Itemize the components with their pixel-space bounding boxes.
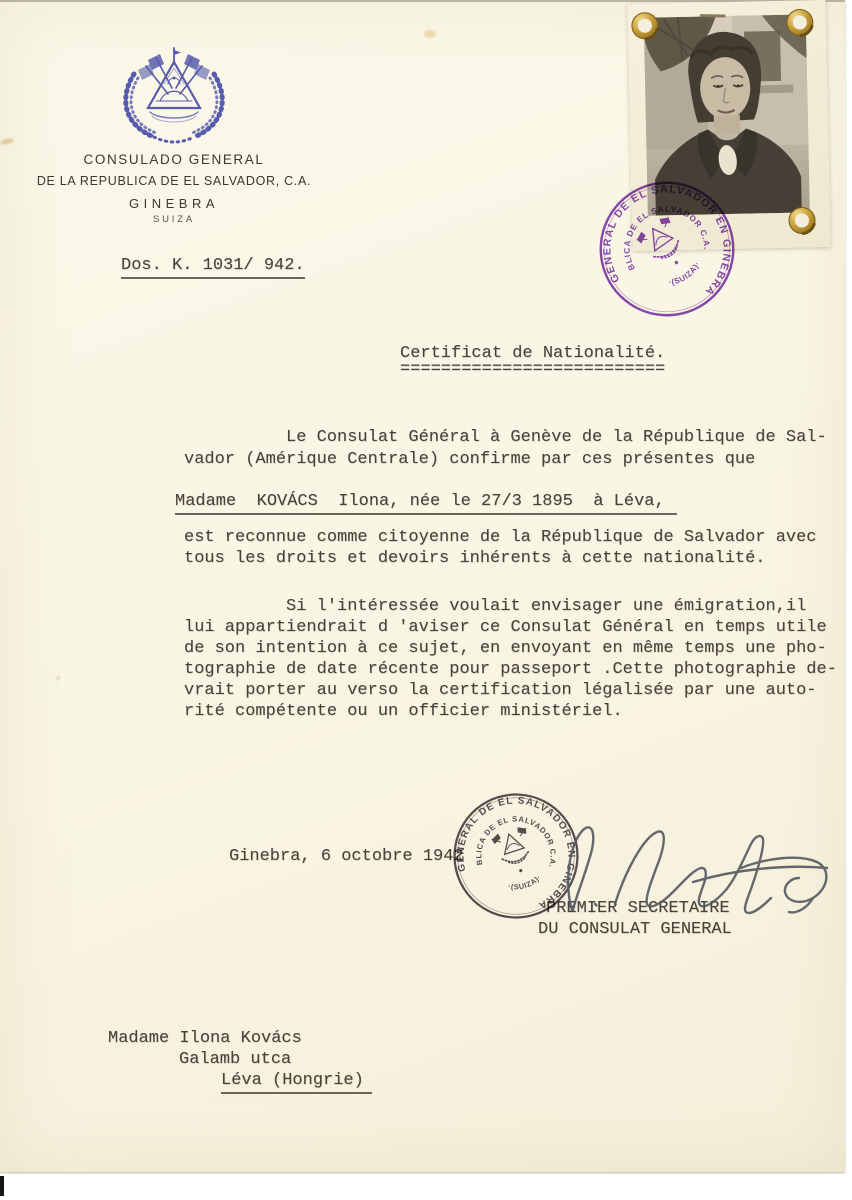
coat-of-arms-icon <box>118 44 230 144</box>
svg-text:·(SUIZA)·: ·(SUIZA)· <box>505 871 545 895</box>
para3-line1: Si l'intéressée voulait envisager une ém… <box>286 597 806 617</box>
para3-line3: de son intention à ce sujet, en envoyant… <box>184 639 827 659</box>
paper-stain <box>424 30 436 38</box>
para3-line6: rité compétente ou un officier ministéri… <box>184 702 623 722</box>
address-line2: Galamb utca <box>179 1050 291 1070</box>
letterhead-country: SUIZA <box>28 214 320 225</box>
paper-stain <box>56 676 60 680</box>
title-underline: ========================== <box>400 360 665 380</box>
para1-line1: Le Consulat Général à Genève de la Répub… <box>286 428 827 448</box>
para1-line2: vador (Amérique Centrale) confirme par c… <box>184 450 755 470</box>
signature <box>545 806 837 924</box>
paper-stain <box>0 137 14 145</box>
para3-line2: lui appartiendrait d 'aviser ce Consulat… <box>184 618 827 638</box>
address-line3: Léva (Hongrie) <box>221 1071 372 1094</box>
scan-artifact <box>0 1176 4 1196</box>
para2-line2: tous les droits et devoirs inhérents à c… <box>184 549 766 569</box>
scanned-document-page: { "page": { "paper_color": "#f9f5e3", "s… <box>0 0 852 1200</box>
document-paper: CONSULADO GENERAL DE LA REPUBLICA DE EL … <box>0 0 845 1172</box>
address-line1: Madame Ilona Kovács <box>108 1029 302 1049</box>
brass-eyelet-top-left-icon <box>628 8 663 43</box>
staple <box>700 14 726 17</box>
letterhead-org-line1: CONSULADO GENERAL <box>28 152 320 167</box>
brass-eyelet-top-right-icon <box>783 5 818 40</box>
name-line: Madame KOVÁCS Ilona, née le 27/3 1895 à … <box>175 492 677 515</box>
svg-text:·(SUIZA)·: ·(SUIZA)· <box>664 257 705 291</box>
date-line: Ginebra, 6 octobre 1942 <box>229 847 464 867</box>
para2-line1: est reconnue comme citoyenne de la Répub… <box>184 528 817 548</box>
para3-line5: vrait porter au verso la certification l… <box>184 681 817 701</box>
letterhead-org-line2: DE LA REPUBLICA DE EL SALVADOR, C.A. <box>28 174 320 188</box>
reference-number: Dos. K. 1031/ 942. <box>121 256 305 279</box>
para3-line4: tographie de date récente pour passeport… <box>184 660 837 680</box>
brass-eyelet-bottom-right-icon <box>785 203 820 238</box>
letterhead-city: GINEBRA <box>28 196 320 211</box>
